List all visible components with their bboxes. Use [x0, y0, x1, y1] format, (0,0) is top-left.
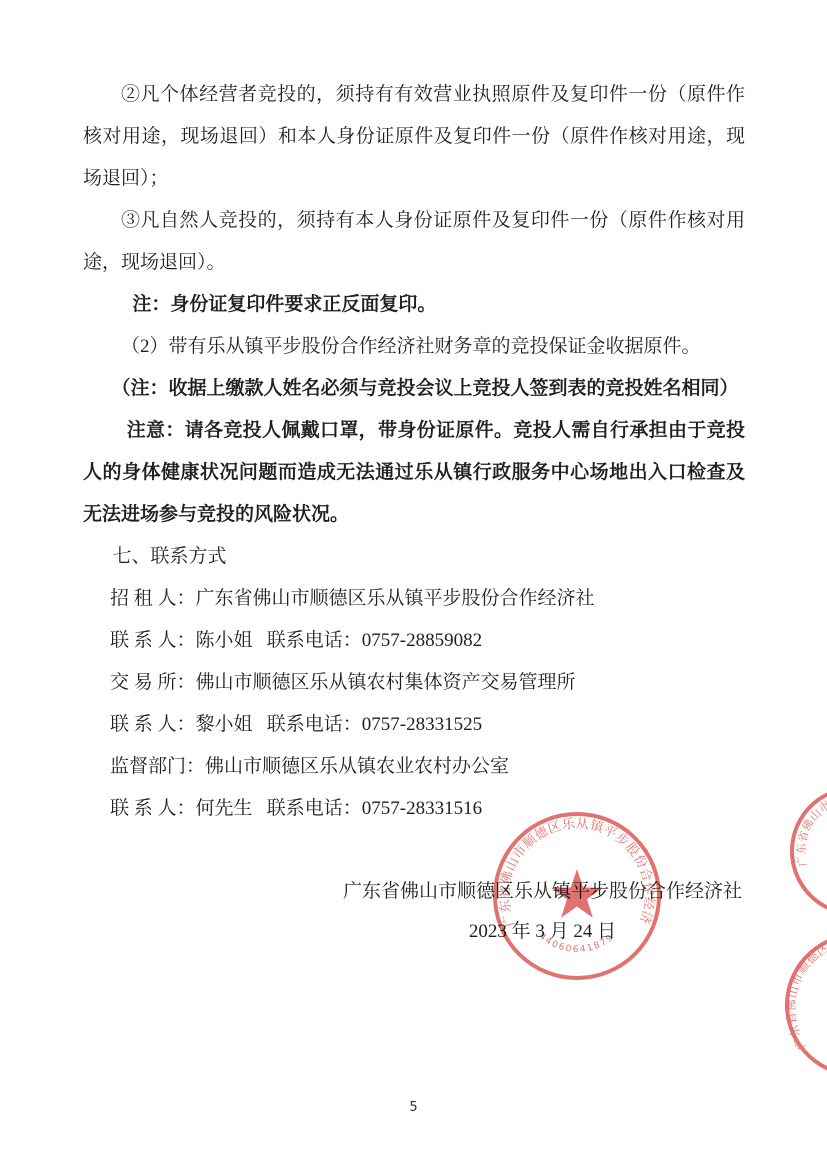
contact-label: 联 系 人：	[110, 630, 196, 651]
paragraph-individual-bidder: ②凡个体经营者竞投的，须持有有效营业执照原件及复印件一份（原件作核对用途，现场退…	[83, 74, 745, 200]
signature-org-name: 广东省佛山市顺德区乐从镇平步股份合作经济社	[343, 872, 742, 912]
seal-border-circle	[784, 780, 827, 922]
contact-value: 何先生	[196, 798, 253, 819]
seal-ring-text: 广东省佛山市顺德区乐从镇平步股份合作经济社	[766, 912, 827, 1056]
seal-border-circle	[772, 920, 827, 1090]
page-number: 5	[0, 1100, 827, 1115]
contact-label: 监督部门：	[110, 756, 205, 777]
signature-block: 广东省佛山市顺德区乐从镇平步股份合作经济社 2023 年 3 月 24 日	[343, 872, 742, 952]
phone-label: 联系电话：	[267, 714, 362, 735]
paragraph-health-notice: 注意：请各竞投人佩戴口罩，带身份证原件。竞投人需自行承担由于竞投人的身体健康状况…	[83, 410, 745, 536]
paragraph-deposit-receipt: （2）带有乐从镇平步股份合作经济社财务章的竞投保证金收据原件。	[83, 326, 745, 368]
section-heading-contact: 七、联系方式	[83, 536, 745, 578]
paragraph-id-copy-note: 注：身份证复印件要求正反面复印。	[83, 284, 745, 326]
contact-label: 联 系 人：	[110, 798, 196, 819]
partial-seal-upper-icon: 广东省佛山市顺德区乐从镇平步股份合作经济社	[759, 755, 827, 947]
spacer	[83, 830, 745, 872]
contact-row-exchange: 交 易 所：佛山市顺德区乐从镇农村集体资产交易管理所	[83, 662, 745, 704]
contact-row-lessor-person: 联 系 人：陈小姐联系电话：0757-28859082	[83, 620, 745, 662]
contact-value: 黎小姐	[196, 714, 253, 735]
contact-value: 佛山市顺德区乐从镇农业农村办公室	[205, 756, 509, 777]
contact-value: 陈小姐	[196, 630, 253, 651]
phone-label: 联系电话：	[267, 630, 362, 651]
contact-row-lessor: 招 租 人：广东省佛山市顺德区乐从镇平步股份合作经济社	[83, 578, 745, 620]
contact-row-supervisor-person: 联 系 人：何先生联系电话：0757-28331516	[83, 788, 745, 830]
seal-ring-text: 广东省佛山市顺德区乐从镇平步股份合作经济社	[762, 755, 827, 884]
contact-value: 佛山市顺德区乐从镇农村集体资产交易管理所	[196, 672, 576, 693]
phone-number: 0757-28331516	[362, 798, 482, 819]
document-body: ②凡个体经营者竞投的，须持有有效营业执照原件及复印件一份（原件作核对用途，现场退…	[83, 74, 745, 952]
contact-label: 联 系 人：	[110, 714, 196, 735]
phone-number: 0757-28859082	[362, 630, 482, 651]
paragraph-receipt-name-note: （注：收据上缴款人姓名必须与竞投会议上竞投人签到表的竞投姓名相同）	[83, 368, 745, 410]
paragraph-natural-person-bidder: ③凡自然人竞投的，须持有本人身份证原件及复印件一份（原件作核对用途，现场退回）。	[83, 200, 745, 284]
document-page: ②凡个体经营者竞投的，须持有有效营业执照原件及复印件一份（原件作核对用途，现场退…	[0, 0, 827, 1169]
contact-label: 交 易 所：	[110, 672, 196, 693]
signature-date: 2023 年 3 月 24 日	[343, 912, 742, 952]
contact-value: 广东省佛山市顺德区乐从镇平步股份合作经济社	[196, 588, 595, 609]
phone-label: 联系电话：	[267, 798, 362, 819]
contact-row-exchange-person: 联 系 人：黎小姐联系电话：0757-28331525	[83, 704, 745, 746]
contact-row-supervisor: 监督部门：佛山市顺德区乐从镇农业农村办公室	[83, 746, 745, 788]
phone-number: 0757-28331525	[362, 714, 482, 735]
contact-label: 招 租 人：	[110, 588, 196, 609]
partial-seal-lower-icon: 广东省佛山市顺德区乐从镇平步股份合作经济社	[742, 890, 827, 1120]
